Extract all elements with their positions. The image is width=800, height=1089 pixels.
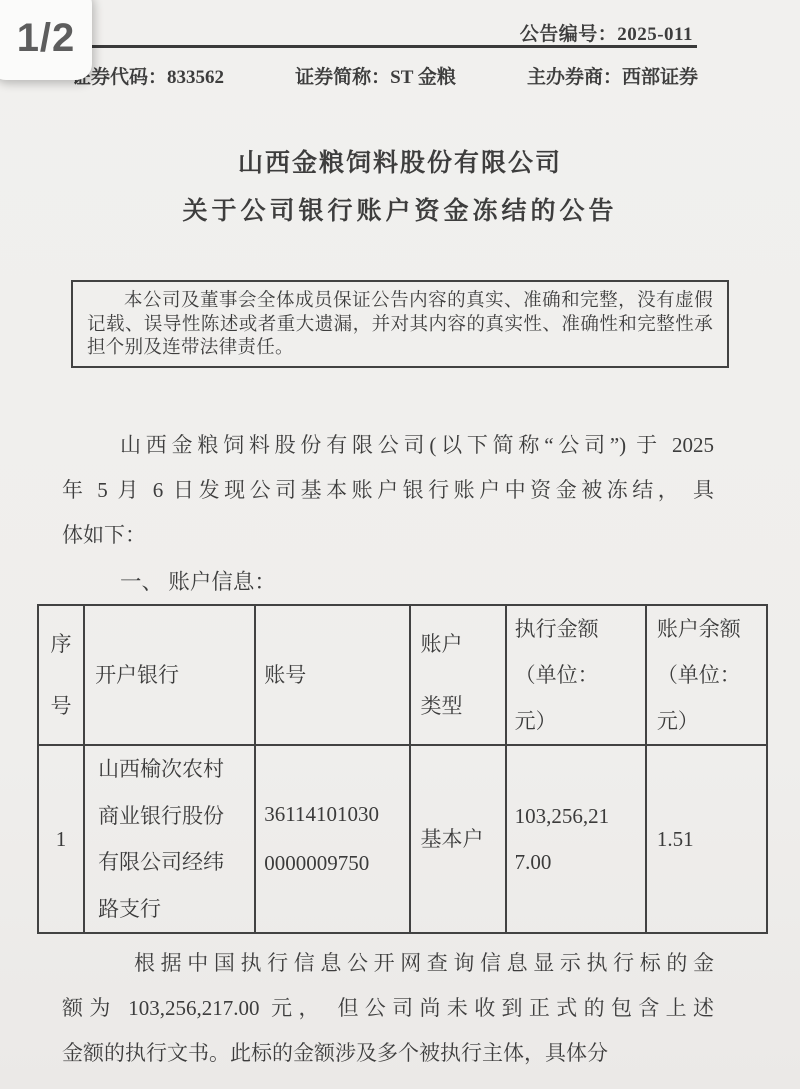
text-line: 记载、误导性陈述或者重大遗漏，并对其内容的真实性、准确性和完整性承 [87,314,713,338]
page-number-badge: 1/2 [0,0,92,80]
account-table: 序 号开户银行账号账户 类型执行金额 （单位： 元）账户余额 （单位： 元）1山… [37,604,768,934]
sponsor-broker: 主办券商：西部证券 [527,62,698,89]
text-line: 担个别及连带法律责任。 [87,337,713,361]
table-cell: 基本户 [410,745,506,933]
text-line: 山西金粮饲料股份有限公司(以下简称“公司”) 于 2025 [62,423,714,468]
table-cell: 1.51 [646,745,767,933]
document-page: 1/2 公告编号：2025-011 证券代码：833562 证券简称：ST 金粮… [0,0,800,1089]
body-paragraph-1: 山西金粮饲料股份有限公司(以下简称“公司”) 于 2025年 5 月 6 日发现… [62,423,714,558]
stock-code: 证券代码：833562 [72,62,224,89]
text-line: 本公司及董事会全体成员保证公告内容的真实、准确和完整，没有虚假 [87,290,713,314]
announcement-title: 关于公司银行账户资金冻结的公告 [0,191,800,227]
header-divider [88,45,697,48]
table-header-cell: 序 号 [38,605,84,745]
disclaimer-box: 本公司及董事会全体成员保证公告内容的真实、准确和完整，没有虚假记载、误导性陈述或… [71,280,729,368]
text-line: 金额的执行文书。此标的金额涉及多个被执行主体，具体分 [62,1031,714,1076]
table-cell: 山西榆次农村 商业银行股份 有限公司经纬 路支行 [84,745,255,933]
text-line: 年 5 月 6 日发现公司基本账户银行账户中资金被冻结， 具 [62,468,714,513]
securities-info-row: 证券代码：833562 证券简称：ST 金粮 主办券商：西部证券 [72,62,698,89]
section-heading-account-info: 一、 账户信息： [62,560,714,605]
table-header-cell: 账户余额 （单位： 元） [646,605,767,745]
company-name-title: 山西金粮饲料股份有限公司 [0,143,800,179]
page-number-label: 1/2 [17,16,76,61]
text-line: 体如下： [62,513,714,558]
announcement-number: 公告编号：2025-011 [520,19,693,46]
table-header-cell: 账号 [255,605,409,745]
table-cell: 1 [38,745,84,933]
text-line: 额为 103,256,217.00 元， 但公司尚未收到正式的包含上述 [62,986,714,1031]
table-header-cell: 账户 类型 [410,605,506,745]
table-header-row: 序 号开户银行账号账户 类型执行金额 （单位： 元）账户余额 （单位： 元） [38,605,767,745]
body-paragraph-2: 根据中国执行信息公开网查询信息显示执行标的金额为 103,256,217.00 … [62,941,714,1076]
table-cell: 103,256,21 7.00 [506,745,646,933]
table-header-cell: 开户银行 [84,605,255,745]
text-line: 根据中国执行信息公开网查询信息显示执行标的金 [62,941,714,986]
stock-abbr: 证券简称：ST 金粮 [295,62,456,89]
table-row: 1山西榆次农村 商业银行股份 有限公司经纬 路支行36114101030 000… [38,745,767,933]
table-header-cell: 执行金额 （单位： 元） [506,605,646,745]
table-cell: 36114101030 0000009750 [255,745,409,933]
